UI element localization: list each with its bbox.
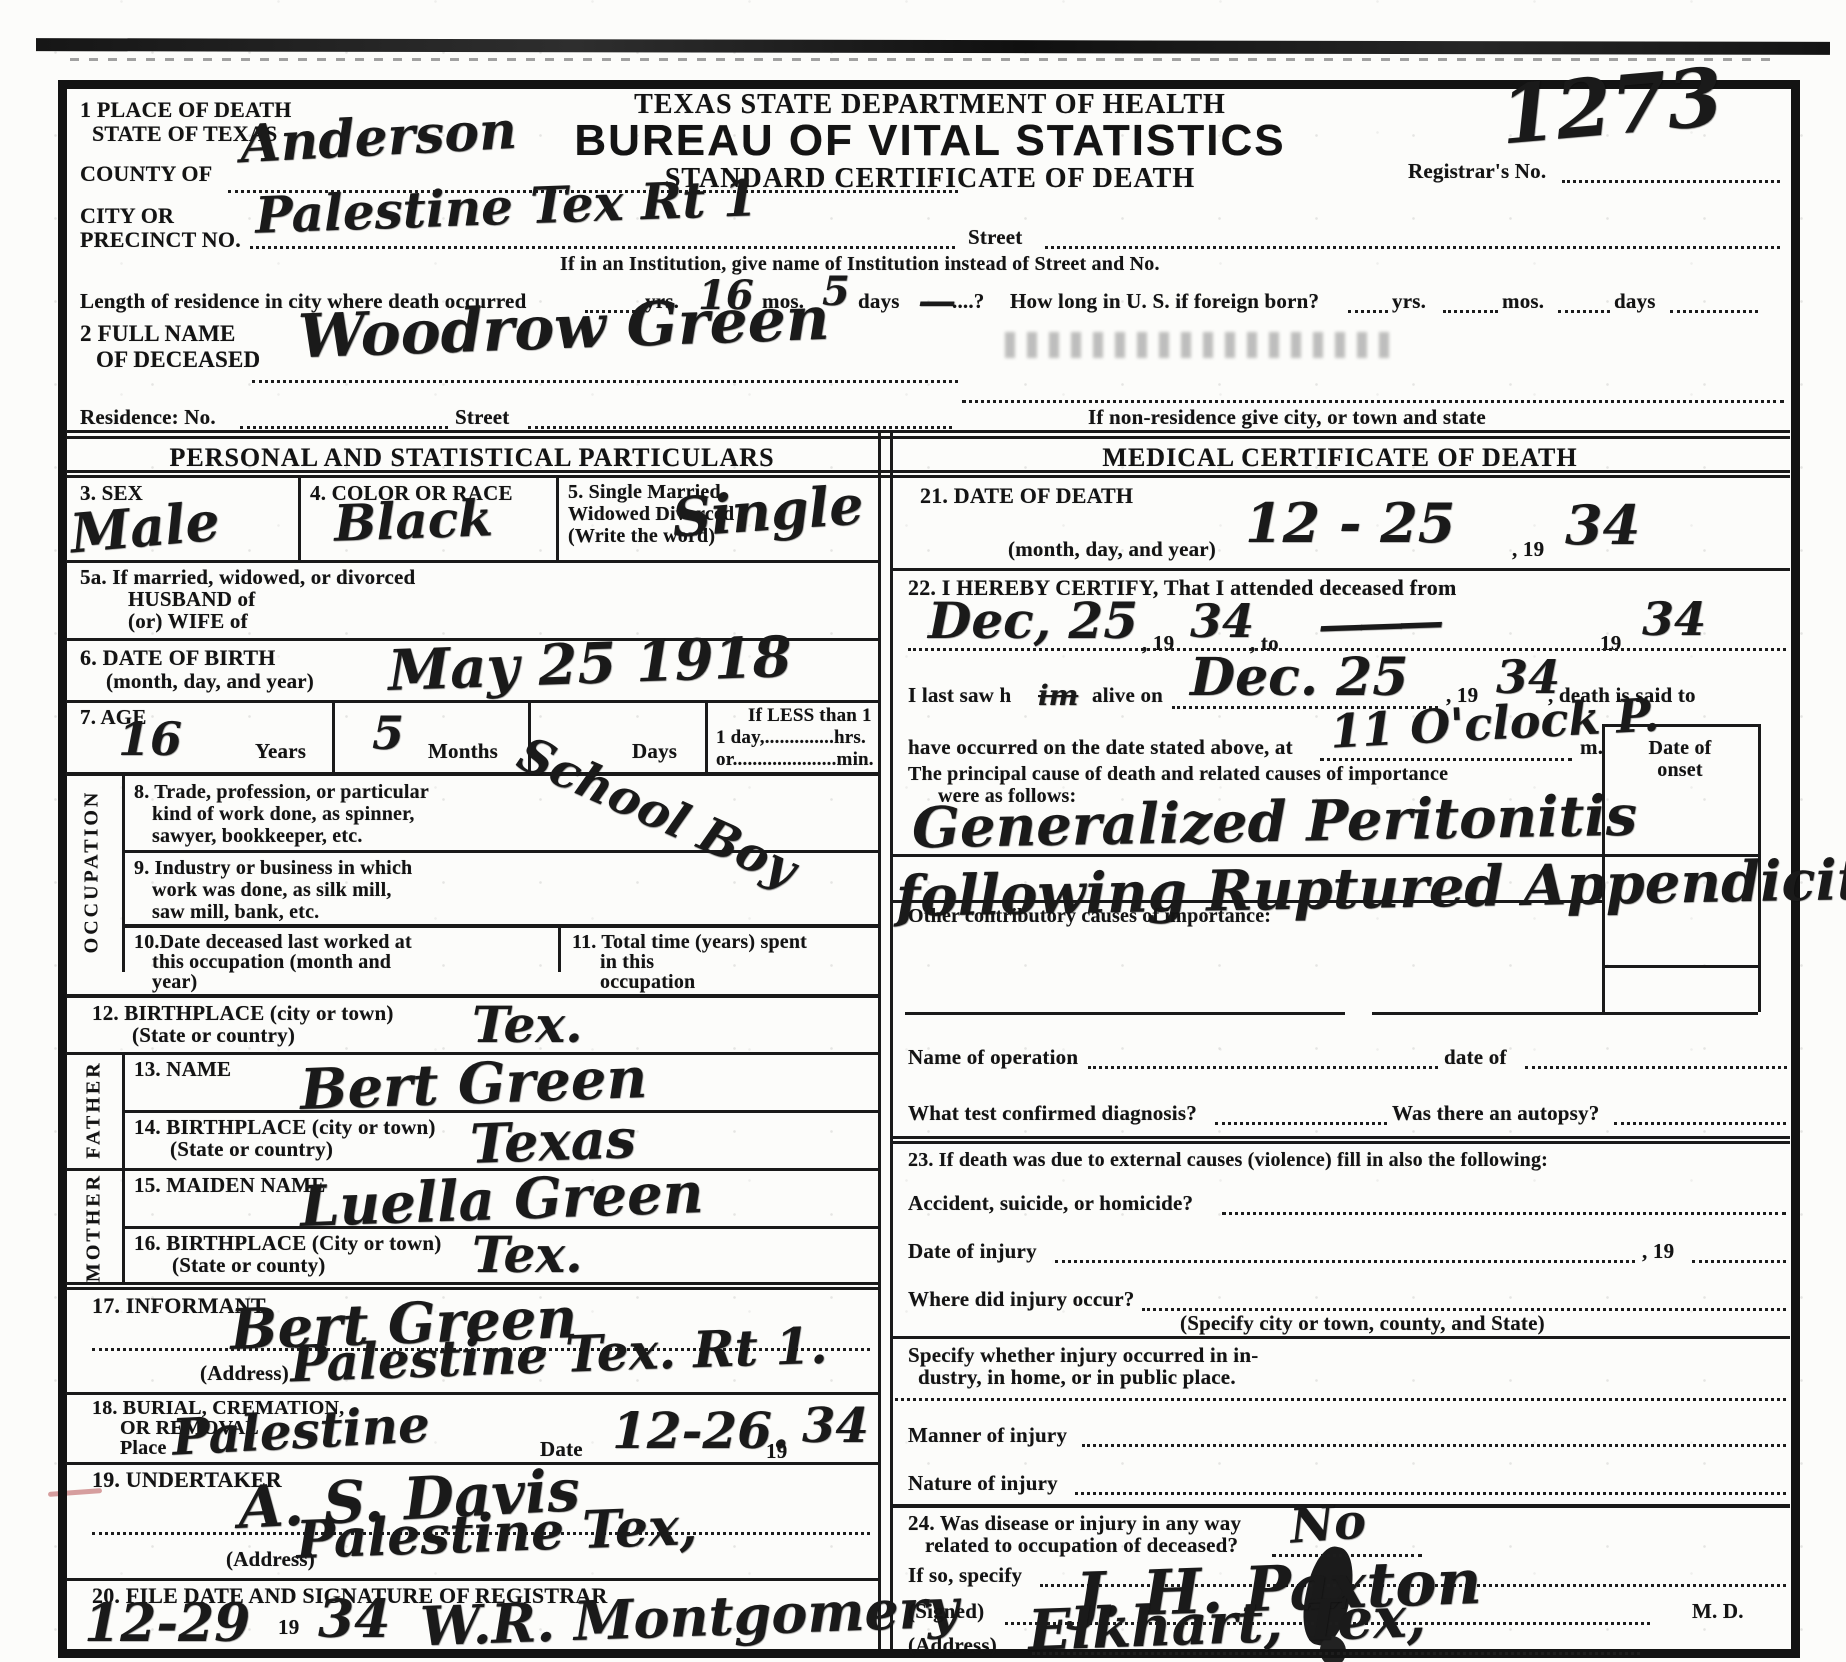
rule	[1525, 1066, 1787, 1069]
alive-on-label: alive on	[1092, 684, 1163, 706]
full-name-label: 2 FULL NAME	[80, 322, 236, 346]
related-occupation-label-line2: related to occupation of deceased?	[925, 1534, 1238, 1556]
mother-vertical-label: MOTHER	[83, 1153, 106, 1303]
birthplace-handwriting: Tex.	[472, 1000, 583, 1050]
father-birthplace-handwriting: Texas	[469, 1111, 637, 1171]
specify-industry-label-line1: Specify whether injury occurred in in-	[908, 1344, 1258, 1366]
nature-of-injury-label: Nature of injury	[908, 1472, 1058, 1494]
attended-to-year-handwriting: 34	[1642, 596, 1706, 642]
burial-year-19-label: 19	[766, 1440, 787, 1462]
rule	[1670, 310, 1758, 313]
mother-birthplace-handwriting: Tex.	[472, 1230, 583, 1280]
mother-group-divider	[122, 1168, 125, 1282]
onset-box-top	[1602, 724, 1760, 727]
father-birthplace-label: 14. BIRTHPLACE (city or town)	[134, 1116, 436, 1138]
specify-city-label: (Specify city or town, county, and State…	[1180, 1312, 1545, 1334]
industry-label-line2: work was done, as silk mill,	[152, 880, 392, 901]
days-column-label: Days	[632, 740, 677, 762]
last-saw-struck-handwriting: im	[1038, 682, 1078, 710]
related-occupation-handwriting: No	[1288, 1497, 1367, 1550]
related-occupation-label-line1: 24. Was disease or injury in any way	[908, 1512, 1241, 1534]
age-months-handwriting: 5	[372, 710, 404, 756]
nonresidence-note: If non-residence give city, or town and …	[1088, 406, 1486, 428]
father-birthplace-sub-label: (State or country)	[170, 1138, 333, 1160]
rule	[1443, 310, 1498, 313]
date-of-birth-label: 6. DATE OF BIRTH	[80, 646, 276, 669]
undertaker-address-handwriting: Palestine Tex,	[295, 1501, 698, 1567]
rule	[66, 700, 878, 703]
cause-of-death-line1-handwriting: Generalized Peritonitis	[912, 788, 1638, 857]
dod-19-label: , 19	[1512, 538, 1544, 560]
m-label: m.	[1580, 736, 1603, 758]
date-of-birth-handwriting: May 25 1918	[387, 629, 792, 699]
signed-label: (Signed)	[908, 1600, 984, 1622]
accident-suicide-label: Accident, suicide, or homicide?	[908, 1192, 1193, 1214]
age-years-handwriting: 16	[118, 716, 182, 762]
less-than-1-hrs-label: 1 day,..............hrs.	[716, 728, 866, 748]
last-saw-date-handwriting: Dec. 25	[1190, 652, 1408, 704]
file-year-19-label: 19	[278, 1616, 299, 1638]
external-causes-label: 23. If death was due to external causes …	[908, 1150, 1548, 1171]
signed-address-label: (Address)	[908, 1634, 997, 1656]
specify-industry-label-line2: dustry, in home, or in public place.	[918, 1366, 1236, 1388]
rule	[1215, 1122, 1387, 1125]
less-than-1-min-label: or.....................min.	[716, 750, 874, 770]
last-worked-label-line2: this occupation (month and	[152, 952, 391, 973]
rule	[1372, 1012, 1758, 1015]
certificate-number-handwriting: 1273	[1497, 56, 1726, 155]
attended-from-year-handwriting: 34	[1190, 598, 1254, 644]
last-saw-label: I last saw h	[908, 684, 1011, 706]
physician-address-handwriting: Elkhart, Tex,	[1027, 1589, 1427, 1659]
date-of-operation-label: date of	[1444, 1046, 1507, 1068]
name-of-operation-label: Name of operation	[908, 1046, 1078, 1068]
less-than-1-label: If LESS than 1	[748, 706, 872, 726]
rule	[66, 1392, 878, 1395]
md-label: M. D.	[1692, 1600, 1744, 1622]
registrar-no-label: Registrar's No.	[1408, 160, 1546, 182]
manner-of-injury-label: Manner of injury	[908, 1424, 1067, 1446]
rule	[1558, 310, 1610, 313]
burial-date-handwriting: 12-26.	[612, 1406, 789, 1456]
attended-to-dash-handwriting: ———	[1317, 598, 1439, 648]
husband-of-label: HUSBAND of	[128, 588, 255, 610]
date-of-injury-label: Date of injury	[908, 1240, 1037, 1262]
mother-birthplace-label: 16. BIRTHPLACE (City or town)	[134, 1232, 441, 1254]
rule	[240, 426, 448, 429]
date-of-birth-sub-label: (month, day, and year)	[106, 670, 314, 692]
rule	[66, 1282, 878, 1285]
mos2-label: mos.	[1502, 290, 1544, 312]
rule	[1562, 180, 1780, 183]
residence-days-handwriting: —	[918, 282, 956, 320]
race-handwriting: Black	[333, 493, 493, 549]
county-label: COUNTY OF	[80, 162, 212, 185]
rule	[528, 426, 952, 429]
date-of-death-sub-label: (month, day, and year)	[1008, 538, 1216, 560]
marital-handwriting: Single	[670, 477, 865, 544]
occurred-label: have occurred on the date stated above, …	[908, 736, 1293, 758]
rule	[890, 1136, 1790, 1139]
residence-label: Residence: No.	[80, 406, 216, 428]
days-label: days	[858, 290, 900, 312]
rule	[962, 400, 1784, 403]
rule	[1614, 1122, 1786, 1125]
full-name-handwriting: Woodrow Green	[297, 289, 830, 368]
scan-artifact-dashes	[70, 58, 1770, 61]
column-divider	[878, 430, 881, 1649]
injury-19-label: , 19	[1642, 1240, 1674, 1262]
total-time-label-line2: in this	[600, 952, 654, 973]
occupation-group-divider	[122, 776, 125, 972]
birthplace-label: 12. BIRTHPLACE (city or town)	[92, 1002, 394, 1024]
rule	[250, 246, 955, 249]
mother-birthplace-sub-label: (State or county)	[172, 1254, 326, 1276]
cell-divider	[332, 700, 335, 772]
rule	[66, 470, 1790, 473]
rule	[890, 1141, 1790, 1144]
rule	[1348, 310, 1388, 313]
rule	[1055, 1260, 1635, 1263]
years-label: Years	[255, 740, 306, 762]
date-of-onset-label-line2: onset	[1602, 760, 1758, 781]
cell-divider	[556, 475, 559, 560]
file-date-handwriting: 12-29	[84, 1598, 250, 1650]
file-year-handwriting: 34	[318, 1594, 390, 1646]
scan-artifact-band	[36, 38, 1830, 55]
industry-label-line1: 9. Industry or business in which	[134, 858, 412, 879]
right-section-title: MEDICAL CERTIFICATE OF DEATH	[895, 444, 1785, 471]
birthplace-sub-label: (State or country)	[132, 1024, 295, 1046]
total-time-label-line3: occupation	[600, 972, 695, 993]
rule	[1222, 1212, 1786, 1215]
rule	[1045, 246, 1780, 249]
trade-label-line3: sawyer, bookkeeper, etc.	[152, 826, 363, 847]
burial-place-handwriting: Palestine	[171, 1399, 431, 1462]
cell-divider	[298, 475, 301, 560]
onset-box-divider	[1602, 965, 1760, 968]
principal-cause-label-line1: The principal cause of death and related…	[908, 764, 1448, 785]
test-confirmed-label: What test confirmed diagnosis?	[908, 1102, 1197, 1124]
industry-label-line3: saw mill, bank, etc.	[152, 902, 319, 923]
mother-maiden-name-label: 15. MAIDEN NAME	[134, 1174, 325, 1196]
precinct-no-label: PRECINCT NO.	[80, 228, 241, 251]
rule	[905, 1012, 1345, 1015]
months-label: Months	[428, 740, 498, 762]
sex-handwriting: Male	[68, 494, 222, 561]
rule	[890, 568, 1790, 571]
county-value-handwriting: Anderson	[239, 105, 518, 171]
rule	[1075, 1492, 1786, 1495]
if-so-specify-label: If so, specify	[908, 1564, 1022, 1586]
rule	[66, 475, 1790, 478]
street-label: Street	[968, 226, 1022, 248]
left-section-title: PERSONAL AND STATISTICAL PARTICULARS	[66, 444, 878, 471]
rule	[890, 1336, 1790, 1339]
rule	[1320, 758, 1572, 761]
rule	[1082, 1444, 1786, 1447]
autopsy-label: Was there an autopsy?	[1392, 1102, 1599, 1124]
burial-place-label: Place	[120, 1438, 167, 1459]
last-worked-label-line1: 10.Date deceased last worked at	[134, 932, 412, 953]
occupation-vertical-label: OCCUPATION	[81, 762, 104, 982]
if-married-label: 5a. If married, widowed, or divorced	[80, 566, 415, 588]
how-long-us-label: How long in U. S. if foreign born?	[1010, 290, 1319, 312]
rule	[890, 900, 1602, 903]
column-divider	[890, 430, 893, 1649]
rule	[1088, 1066, 1438, 1069]
rule	[66, 430, 1790, 433]
rule	[122, 850, 878, 853]
date-of-death-label: 21. DATE OF DEATH	[920, 484, 1133, 507]
yrs2-label: yrs.	[1392, 290, 1426, 312]
rule	[1692, 1260, 1786, 1263]
trade-label-line2: kind of work done, as spinner,	[152, 804, 415, 825]
street2-label: Street	[455, 406, 509, 428]
rule	[895, 1398, 1786, 1401]
date-of-death-handwriting: 12 - 25	[1245, 496, 1455, 550]
cell-divider	[558, 928, 561, 972]
rule	[122, 924, 878, 928]
days2-label: days	[1614, 290, 1656, 312]
dept-title: TEXAS STATE DEPARTMENT OF HEALTH	[480, 90, 1380, 119]
dod-year-handwriting: 34	[1565, 498, 1640, 552]
informant-address-label: (Address)	[200, 1362, 289, 1384]
total-time-label-line1: 11. Total time (years) spent	[572, 932, 807, 953]
father-name-label: 13. NAME	[134, 1058, 231, 1080]
bureau-title: BUREAU OF VITAL STATISTICS	[480, 118, 1380, 164]
trade-label-line1: 8. Trade, profession, or particular	[134, 782, 429, 803]
city-or-label: CITY OR	[80, 204, 174, 227]
rule	[66, 560, 878, 563]
attended-from-handwriting: Dec, 25	[928, 596, 1138, 646]
last-worked-label-line3: year)	[152, 972, 197, 993]
cell-divider	[705, 700, 708, 772]
rule	[66, 1578, 878, 1581]
rule	[66, 436, 1790, 439]
rule	[66, 772, 878, 776]
date-of-onset-label-line1: Date of	[1602, 738, 1758, 759]
death-certificate-scan: 1 PLACE OF DEATH STATE OF TEXAS Anderson…	[0, 0, 1846, 1662]
where-injury-label: Where did injury occur?	[908, 1288, 1134, 1310]
or-wife-of-label: (or) WIFE of	[128, 610, 248, 632]
contributory-label: Other contributory causes of importance:	[908, 906, 1271, 927]
burial-year-handwriting: 34	[802, 1402, 869, 1450]
rule	[252, 380, 958, 383]
institution-note: If in an Institution, give name of Insti…	[560, 254, 1160, 275]
question-dots-label: ....?	[952, 290, 985, 312]
of-deceased-label: OF DECEASED	[96, 348, 260, 372]
